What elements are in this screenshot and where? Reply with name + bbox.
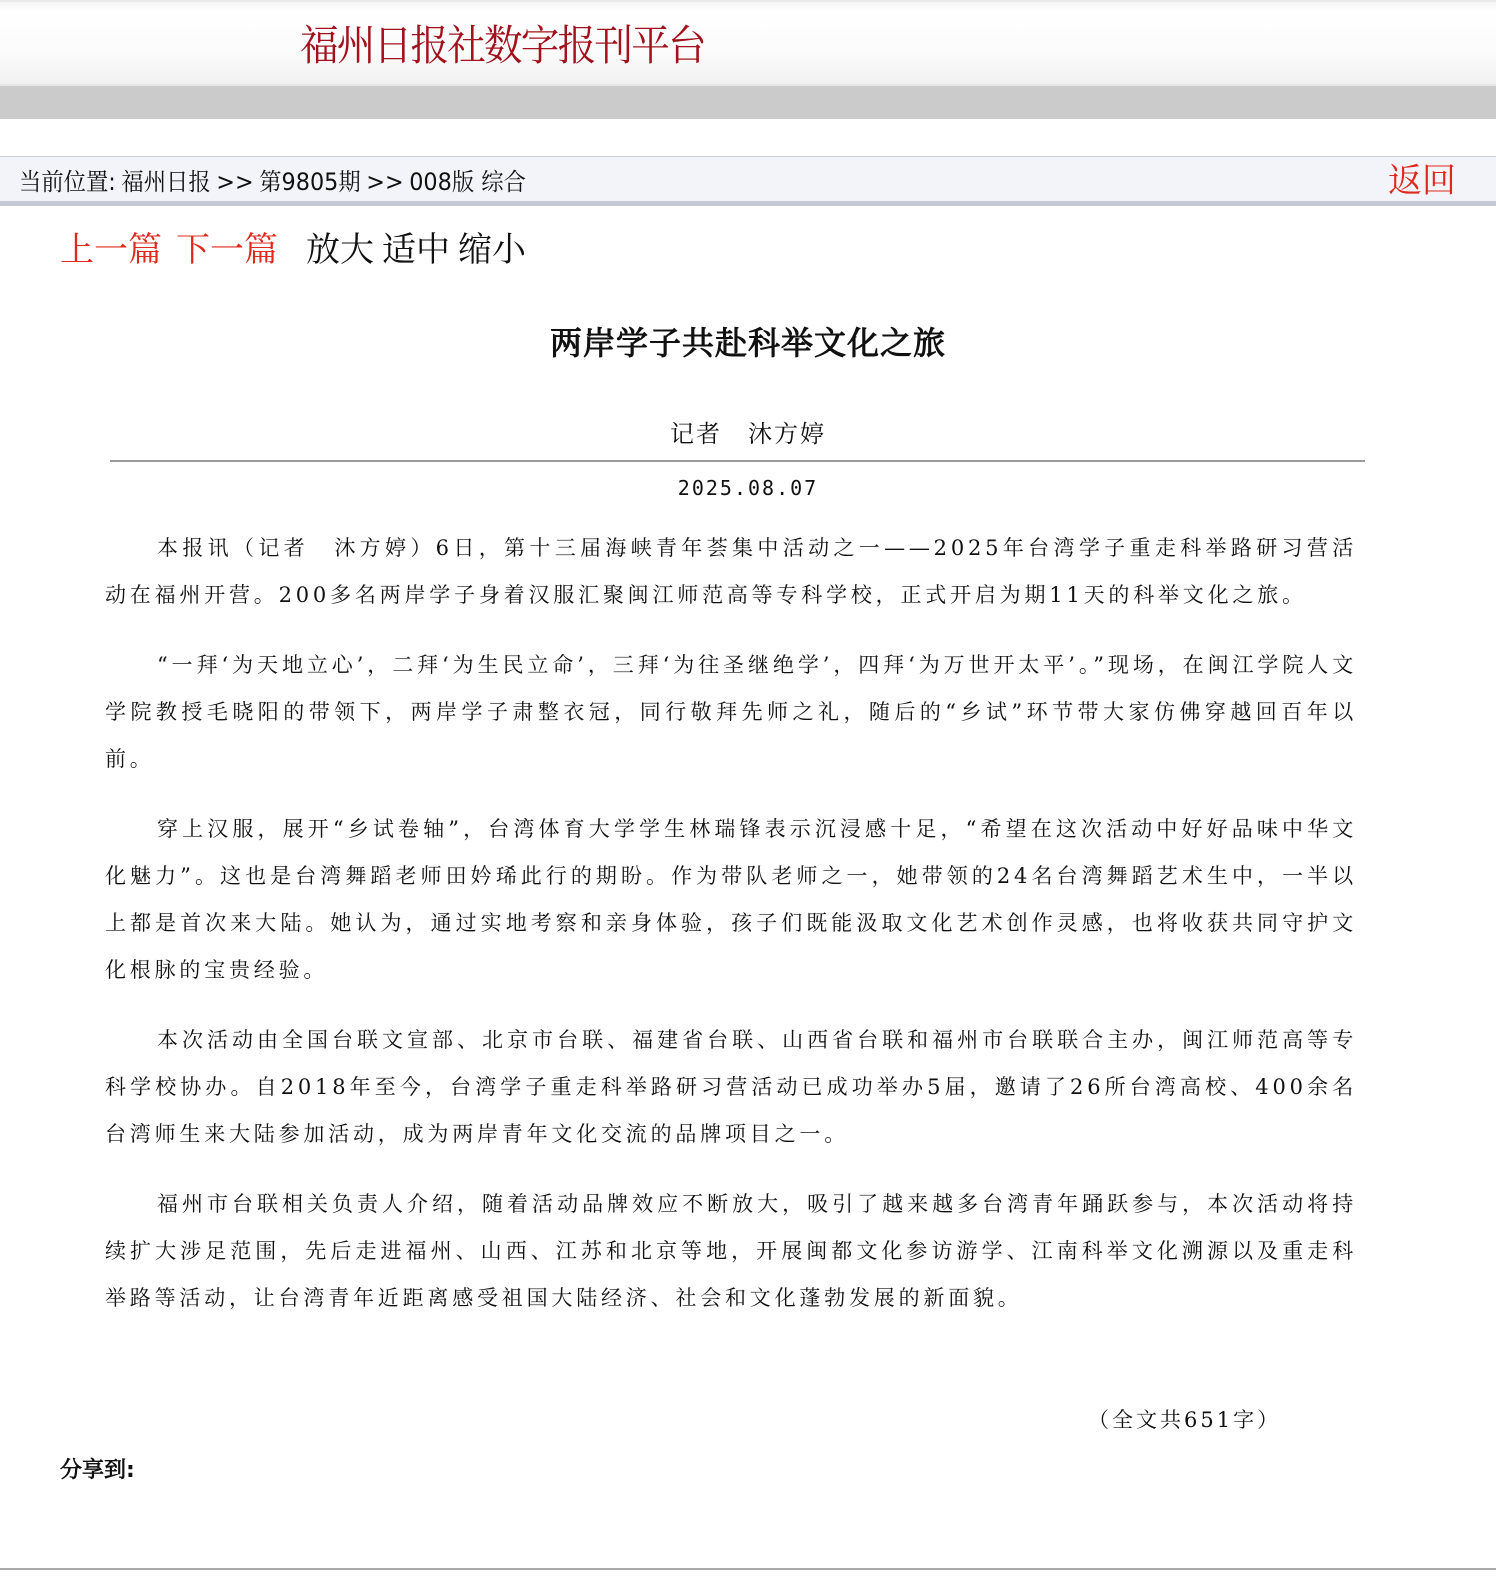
- next-article-link[interactable]: 下一篇: [176, 230, 278, 270]
- article-title: 两岸学子共赴科举文化之旅: [0, 320, 1496, 366]
- article-author: 记者 沐方婷: [0, 418, 1496, 450]
- back-link[interactable]: 返回: [1388, 161, 1456, 201]
- breadcrumb-bar: 当前位置:福州日报>>第9805期>>008版 综合 返回: [0, 156, 1496, 206]
- article-date: 2025.08.07: [0, 474, 1496, 502]
- article-paragraph: 穿上汉服，展开“乡试卷轴”，台湾体育大学学生林瑞锋表示沉浸感十足，“希望在这次活…: [105, 806, 1357, 994]
- article-paragraph: 本次活动由全国台联文宣部、北京市台联、福建省台联、山西省台联和福州市台联联合主办…: [105, 1017, 1357, 1158]
- footer-divider: [0, 1568, 1496, 1570]
- article-paragraph: “一拜‘为天地立心’，二拜‘为生民立命’，三拜‘为往圣继绝学’，四拜‘为万世开太…: [105, 642, 1357, 783]
- title-divider: [110, 460, 1365, 462]
- prev-article-link[interactable]: 上一篇: [60, 230, 162, 270]
- breadcrumb: 当前位置:福州日报>>第9805期>>008版 综合: [19, 166, 531, 198]
- breadcrumb-label: 当前位置:: [19, 168, 116, 196]
- article-body: 本报讯（记者 沐方婷）6日，第十三届海峡青年荟集中活动之一——2025年台湾学子…: [105, 525, 1357, 1345]
- article-paragraph: 福州市台联相关负责人介绍，随着活动品牌效应不断放大，吸引了越来越多台湾青年踊跃参…: [105, 1181, 1357, 1322]
- article-toolbar: 上一篇下一篇放大适中缩小: [60, 226, 534, 274]
- breadcrumb-separator: >>: [216, 168, 253, 196]
- site-header: 福州日报社数字报刊平台: [0, 0, 1496, 84]
- article-paragraph: 本报讯（记者 沐方婷）6日，第十三届海峡青年荟集中活动之一——2025年台湾学子…: [105, 525, 1357, 619]
- font-shrink-link[interactable]: 缩小: [458, 230, 526, 270]
- breadcrumb-separator: >>: [366, 168, 403, 196]
- breadcrumb-item-page[interactable]: 008版 综合: [409, 168, 526, 196]
- breadcrumb-item-issue[interactable]: 第9805期: [259, 168, 360, 196]
- word-count: （全文共651字）: [1088, 1404, 1281, 1436]
- site-title: 福州日报社数字报刊平台: [300, 20, 705, 72]
- font-enlarge-link[interactable]: 放大: [306, 230, 374, 270]
- breadcrumb-item-paper[interactable]: 福州日报: [121, 168, 210, 196]
- share-label: 分享到:: [60, 1456, 135, 1486]
- header-nav-bar: [0, 84, 1496, 119]
- font-medium-link[interactable]: 适中: [382, 230, 450, 270]
